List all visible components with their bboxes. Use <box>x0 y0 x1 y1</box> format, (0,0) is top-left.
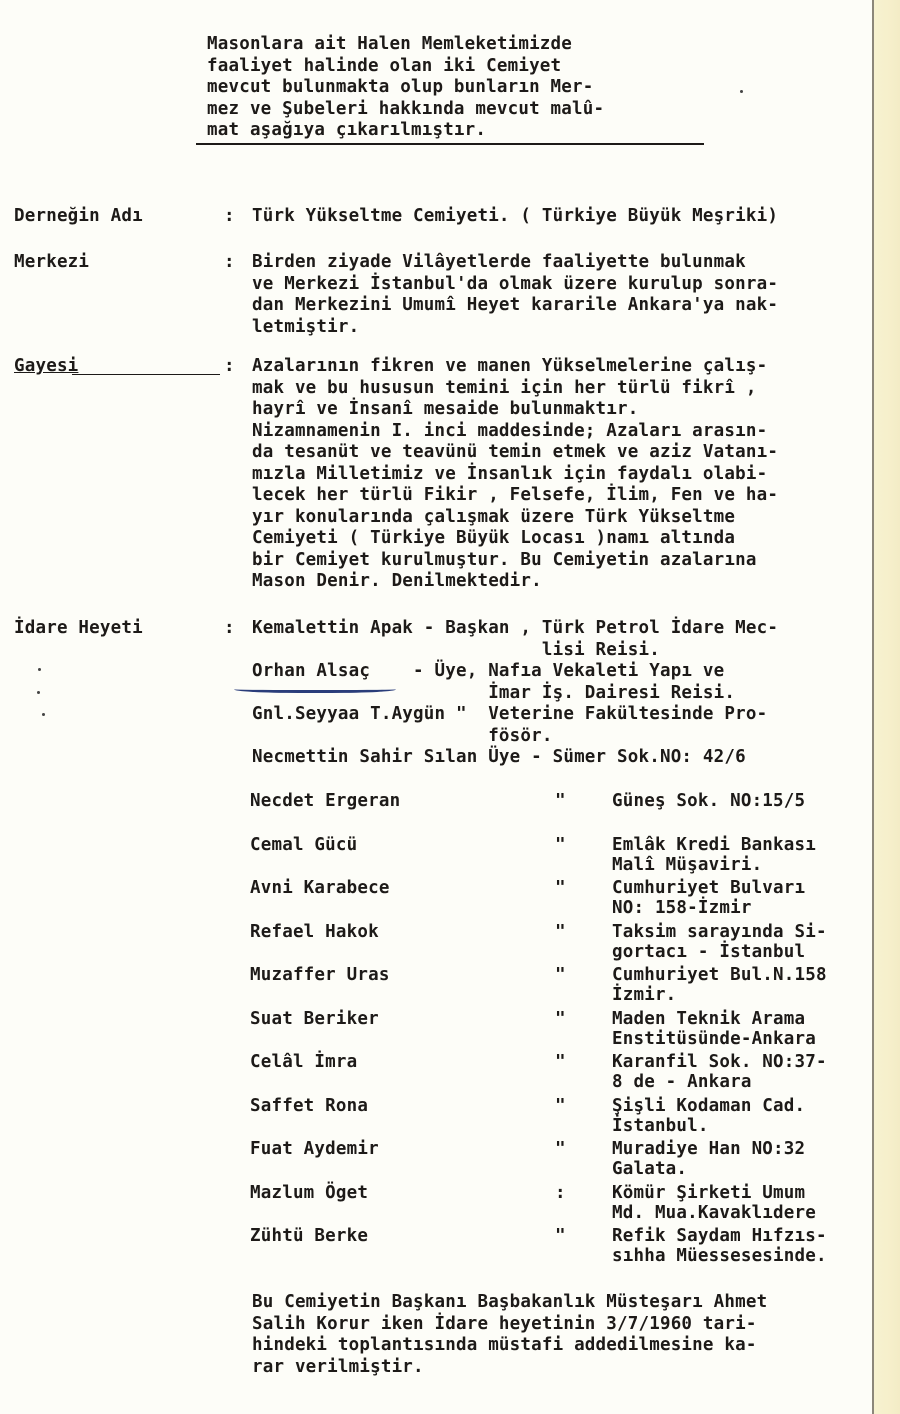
ink-speck <box>740 90 743 93</box>
board-line: Necmettin Sahir Sılan Üye - Sümer Sok.NO… <box>252 747 778 769</box>
field-colon: : <box>224 206 235 228</box>
text-line: lecek her türlü Fikir , Felsefe, İlim, F… <box>252 485 778 507</box>
member-name: Mazlum Öget <box>250 1183 368 1205</box>
ditto-mark: " <box>555 1052 566 1074</box>
ditto-mark: " <box>555 835 566 857</box>
board-line: fösör. <box>252 726 778 748</box>
text-line: Nizamnamenin I. inci maddesinde; Azaları… <box>252 421 778 443</box>
member-name: Saffet Rona <box>250 1096 368 1118</box>
note-line: Maden Teknik Arama <box>612 1009 816 1029</box>
note-line: Güneş Sok. NO:15/5 <box>612 791 805 811</box>
note-line: Cumhuriyet Bul.N.158 <box>612 965 827 985</box>
board-line: Gnl.Seyyaa T.Aygün " Veterine Fakültesin… <box>252 704 778 726</box>
member-name: Suat Beriker <box>250 1009 379 1031</box>
note-line: İzmir. <box>612 985 827 1005</box>
member-name: Avni Karabece <box>250 878 390 900</box>
note-line: Kömür Şirketi Umum <box>612 1183 816 1203</box>
member-note: Kömür Şirketi UmumMd. Mua.Kavaklıdere <box>612 1183 816 1223</box>
member-name: Refael Hakok <box>250 922 379 944</box>
note-line: Malî Müşaviri. <box>612 855 816 875</box>
label-underline <box>72 374 220 375</box>
member-note: Refik Saydam Hıfzıs-sıhha Müessesesinde. <box>612 1226 827 1266</box>
field-label-gayesi: Gayesi <box>14 356 78 378</box>
text-line: yır konularında çalışmak üzere Türk Yüks… <box>252 507 778 529</box>
text-line: letmiştir. <box>252 317 778 339</box>
field-value-dernek-adi: Türk Yükseltme Cemiyeti. ( Türkiye Büyük… <box>252 206 778 228</box>
member-note: Güneş Sok. NO:15/5 <box>612 791 805 811</box>
field-colon: : <box>224 356 235 378</box>
member-note: Karanfil Sok. NO:37-8 de - Ankara <box>612 1052 827 1092</box>
note-line: sıhha Müessesesinde. <box>612 1246 827 1266</box>
member-name: Celâl İmra <box>250 1052 357 1074</box>
member-note: Cumhuriyet BulvarıNO: 158-İzmir <box>612 878 805 918</box>
member-note: Maden Teknik AramaEnstitüsünde-Ankara <box>612 1009 816 1049</box>
field-label-idare-heyeti: İdare Heyeti <box>14 618 143 640</box>
member-note: Muradiye Han NO:32Galata. <box>612 1139 805 1179</box>
text-line: hayrî ve İnsanî mesaide bulunmaktır. <box>252 399 778 421</box>
note-line: gortacı - İstanbul <box>612 942 827 962</box>
header-line: faaliyet halinde olan iki Cemiyet <box>207 56 604 78</box>
field-value-gayesi: Azalarının fikren ve manen Yükselmelerin… <box>252 356 778 593</box>
note-line: Md. Mua.Kavaklıdere <box>612 1203 816 1223</box>
field-colon: : <box>224 618 235 640</box>
ditto-mark: " <box>555 1096 566 1118</box>
note-line: Emlâk Kredi Bankası <box>612 835 816 855</box>
ditto-mark: " <box>555 1009 566 1031</box>
member-name: Cemal Gücü <box>250 835 357 857</box>
text-line: dan Merkezini Umumî Heyet kararile Ankar… <box>252 295 778 317</box>
field-label-dernek-adi: Derneğin Adı <box>14 206 143 228</box>
text-line: Birden ziyade Vilâyetlerde faaliyette bu… <box>252 252 778 274</box>
text-line: hindeki toplantısında müstafi addedilmes… <box>252 1335 767 1357</box>
text-line: rar verilmiştir. <box>252 1357 767 1379</box>
board-line: lisi Reisi. <box>252 640 778 662</box>
note-line: Karanfil Sok. NO:37- <box>612 1052 827 1072</box>
board-line: Orhan Alsaç - Üye, Nafıa Vekaleti Yapı v… <box>252 661 778 683</box>
ink-speck <box>42 713 45 716</box>
ink-speck <box>38 668 41 671</box>
text-line: ve Merkezi İstanbul'da olmak üzere kurul… <box>252 274 778 296</box>
member-note: Taksim sarayında Si-gortacı - İstanbul <box>612 922 827 962</box>
field-value-merkezi: Birden ziyade Vilâyetlerde faaliyette bu… <box>252 252 778 338</box>
text-line: Mason Denir. Denilmektedir. <box>252 571 778 593</box>
ditto-mark: " <box>555 922 566 944</box>
header-underline <box>196 143 704 145</box>
note-line: NO: 158-İzmir <box>612 898 805 918</box>
note-line: 8 de - Ankara <box>612 1072 827 1092</box>
text-line: da tesanüt ve teavünü temin etmek ve azi… <box>252 442 778 464</box>
member-note: Şişli Kodaman Cad.İstanbul. <box>612 1096 805 1136</box>
member-name: Zühtü Berke <box>250 1226 368 1248</box>
note-line: İstanbul. <box>612 1116 805 1136</box>
note-line: Refik Saydam Hıfzıs- <box>612 1226 827 1246</box>
note-line: Cumhuriyet Bulvarı <box>612 878 805 898</box>
header-block: Masonlara ait Halen Memleketimizde faali… <box>207 34 604 142</box>
ditto-mark: " <box>555 965 566 987</box>
note-line: Enstitüsünde-Ankara <box>612 1029 816 1049</box>
member-name: Necdet Ergeran <box>250 791 400 813</box>
member-name: Fuat Aydemir <box>250 1139 379 1161</box>
note-line: Galata. <box>612 1159 805 1179</box>
ink-speck <box>37 691 40 694</box>
member-note: Emlâk Kredi BankasıMalî Müşaviri. <box>612 835 816 875</box>
text-line: Cemiyeti ( Türkiye Büyük Locası )namı al… <box>252 528 778 550</box>
page-edge <box>872 0 900 1414</box>
member-note: Cumhuriyet Bul.N.158İzmir. <box>612 965 827 1005</box>
ditto-mark: " <box>555 878 566 900</box>
text-line: mak ve bu hususun temini için her türlü … <box>252 378 778 400</box>
note-line: Şişli Kodaman Cad. <box>612 1096 805 1116</box>
header-line: Masonlara ait Halen Memleketimizde <box>207 34 604 56</box>
field-label-merkezi: Merkezi <box>14 252 89 274</box>
ditto-mark: " <box>555 1139 566 1161</box>
member-name: Muzaffer Uras <box>250 965 390 987</box>
note-line: Muradiye Han NO:32 <box>612 1139 805 1159</box>
text-line: Bu Cemiyetin Başkanı Başbakanlık Müsteşa… <box>252 1292 767 1314</box>
ditto-mark: " <box>555 791 566 813</box>
ditto-mark: " <box>555 1226 566 1248</box>
header-line: mevcut bulunmakta olup bunların Mer- <box>207 77 604 99</box>
text-line: bir Cemiyet kurulmuştur. Bu Cemiyetin az… <box>252 550 778 572</box>
board-top-entries: Kemalettin Apak - Başkan , Türk Petrol İ… <box>252 618 778 769</box>
board-line: Kemalettin Apak - Başkan , Türk Petrol İ… <box>252 618 778 640</box>
text-line: Salih Korur iken İdare heyetinin 3/7/196… <box>252 1314 767 1336</box>
text-line: mızla Milletimiz ve İnsanlık için faydal… <box>252 464 778 486</box>
text-line: Azalarının fikren ve manen Yükselmelerin… <box>252 356 778 378</box>
footer-paragraph: Bu Cemiyetin Başkanı Başbakanlık Müsteşa… <box>252 1292 767 1378</box>
pen-underline <box>234 684 396 693</box>
field-colon: : <box>224 252 235 274</box>
header-line: mat aşağıya çıkarılmıştır. <box>207 120 604 142</box>
note-line: Taksim sarayında Si- <box>612 922 827 942</box>
header-line: mez ve Şubeleri hakkında mevcut malû- <box>207 99 604 121</box>
ditto-mark: : <box>555 1183 566 1205</box>
